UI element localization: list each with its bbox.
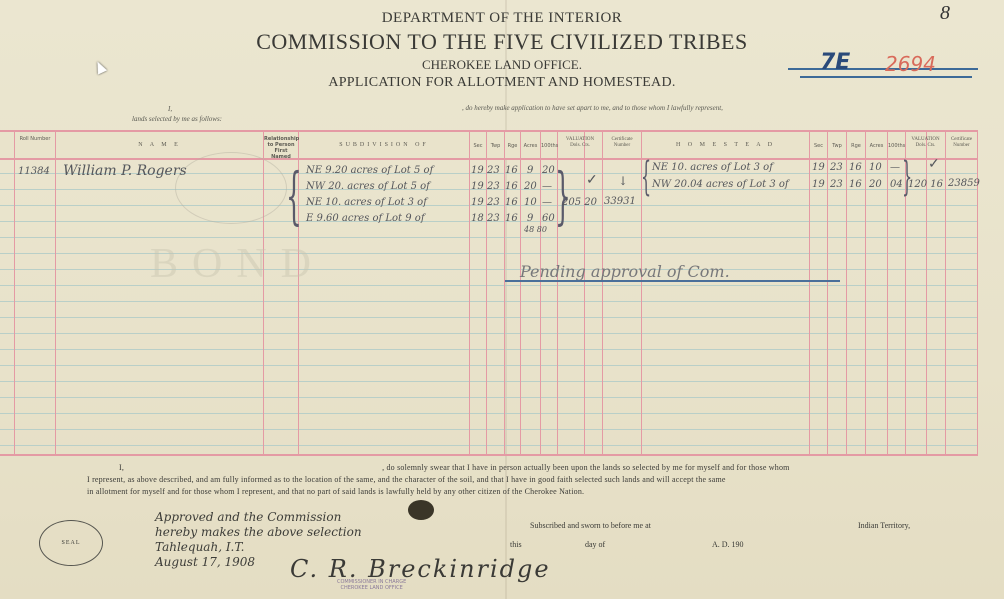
allot-rge-3: 16 (505, 197, 518, 208)
bond-watermark: BOND (150, 240, 325, 288)
strike-line-1 (788, 68, 978, 70)
home-twp-1: 23 (830, 162, 843, 173)
col-subdivision: SUBDIVISION OF (299, 142, 469, 148)
allot-sec-3: 19 (471, 197, 484, 208)
pending-note: Pending approval of Com. (520, 262, 730, 281)
oath-line-3: in allotment for myself and for those wh… (87, 486, 947, 498)
allotment-close-brace: } (555, 166, 571, 226)
oath-line-2: I represent, as above described, and am … (87, 474, 947, 486)
jurat-ad: A. D. 190 (712, 540, 744, 549)
intro-lands-text: lands selected by me as follows: (132, 115, 222, 123)
red-file-number: 2694 (885, 52, 936, 76)
allot-rge-2: 16 (505, 181, 518, 192)
allot-rge-1: 16 (505, 165, 518, 176)
allot-acres-2: 20 (524, 181, 537, 192)
oath-line-1: I,, do solemnly swear that I have in per… (87, 462, 947, 474)
col-relationship: Relationship to Person First Named (264, 136, 298, 160)
intro-lead: I, (168, 105, 172, 113)
office-title: CHEROKEE LAND OFFICE. (0, 57, 1004, 73)
allot-twp-2: 23 (487, 181, 500, 192)
jurat-subscribed: Subscribed and sworn to before me at (530, 521, 651, 530)
allotment-certificate: 33931 (604, 196, 636, 207)
col-valuation: VALUATIONDols. Cts. (558, 137, 602, 149)
pending-note-strikethrough (505, 280, 840, 282)
allot-sec-4: 18 (471, 213, 484, 224)
homestead-brace: { (641, 158, 651, 196)
file-number-stamp: 7E (820, 50, 850, 75)
applicant-name: William P. Rogers (63, 163, 187, 179)
home-hund-2: 04 (890, 179, 903, 190)
commissioner-signature: C. R. Breckinridge (290, 555, 551, 583)
allot-sec-2: 19 (471, 181, 484, 192)
col-h-twp: Twp (828, 143, 846, 149)
allot-acres-4: 9 (527, 213, 533, 224)
commission-title: COMMISSION TO THE FIVE CIVILIZED TRIBES (0, 29, 1004, 55)
allot-hund-3: — (542, 197, 552, 208)
col-twp: Twp (487, 143, 504, 149)
strike-line-2 (800, 76, 972, 78)
jurat-this: this (510, 540, 522, 549)
allot-rge-4: 16 (505, 213, 518, 224)
col-h-valuation: VALUATIONDols. Cts. (906, 137, 945, 149)
allot-hund-2: — (542, 181, 552, 192)
col-acres: Acres (521, 143, 540, 149)
allot-hund-1: 20 (542, 165, 555, 176)
seal-circle: SEAL (39, 520, 103, 566)
allot-hund-4: 60 (542, 213, 555, 224)
ink-blot (408, 500, 434, 520)
home-rge-2: 16 (849, 179, 862, 190)
home-sec-1: 19 (812, 162, 825, 173)
home-rge-1: 16 (849, 162, 862, 173)
intro-application-text: , do hereby make application to have set… (462, 104, 723, 112)
allot-sec-1: 19 (471, 165, 484, 176)
col-h-certificate: Certificate Number (946, 137, 977, 149)
homestead-certificate: 23859 (948, 178, 980, 189)
jurat-territory: Indian Territory, (858, 521, 910, 530)
home-twp-2: 23 (830, 179, 843, 190)
allotment-brace: { (286, 166, 302, 226)
department-title: DEPARTMENT OF THE INTERIOR (0, 10, 1004, 27)
col-name: N A M E (56, 142, 263, 148)
col-h-acres: Acres (866, 143, 887, 149)
col-h-hundredths: 100ths (888, 143, 905, 149)
home-sec-2: 19 (812, 179, 825, 190)
jurat-day-of: day of (585, 540, 605, 549)
roll-number-value: 11384 (18, 166, 50, 177)
allot-acres-1: 9 (527, 165, 533, 176)
allot-acres-3: 10 (524, 197, 537, 208)
corner-mark: 8 (940, 2, 950, 25)
col-rge: Rge (505, 143, 520, 149)
home-acres-2: 20 (869, 179, 882, 190)
allotment-total: 48 80 (524, 225, 547, 234)
home-sub-2: NW 20.04 acres of Lot 3 of (652, 179, 789, 190)
col-certificate: Certificate Number (603, 137, 641, 149)
col-homestead: H O M E S T E A D (642, 142, 809, 148)
homestead-valuation: 120 16 (908, 179, 943, 190)
col-sec: Sec (470, 143, 486, 149)
allot-sub-2: NW 20. acres of Lot 5 of (306, 181, 430, 192)
allot-sub-4: E 9.60 acres of Lot 9 of (306, 213, 425, 224)
col-roll-number: Roll Number (15, 136, 55, 142)
allot-twp-1: 23 (487, 165, 500, 176)
faint-circular-stamp (175, 152, 287, 224)
allot-sub-1: NE 9.20 acres of Lot 5 of (306, 165, 433, 176)
col-h-rge: Rge (847, 143, 865, 149)
col-h-sec: Sec (810, 143, 827, 149)
homestead-close-brace: } (902, 158, 912, 196)
allot-sub-3: NE 10. acres of Lot 3 of (306, 197, 427, 208)
allot-twp-4: 23 (487, 213, 500, 224)
home-acres-1: 10 (869, 162, 882, 173)
check-mark-icon: ↓ (618, 174, 628, 188)
allotment-valuation: 205 20 (562, 197, 597, 208)
check-mark-icon: ✓ (928, 156, 940, 172)
col-hundredths: 100ths (541, 143, 557, 149)
home-sub-1: NE 10. acres of Lot 3 of (652, 162, 773, 173)
allot-twp-3: 23 (487, 197, 500, 208)
commissioner-stamp: COMMISSIONER IN CHARGECHEROKEE LAND OFFI… (337, 579, 406, 591)
check-mark-icon: ✓ (586, 172, 598, 188)
home-hund-1: — (890, 162, 900, 173)
